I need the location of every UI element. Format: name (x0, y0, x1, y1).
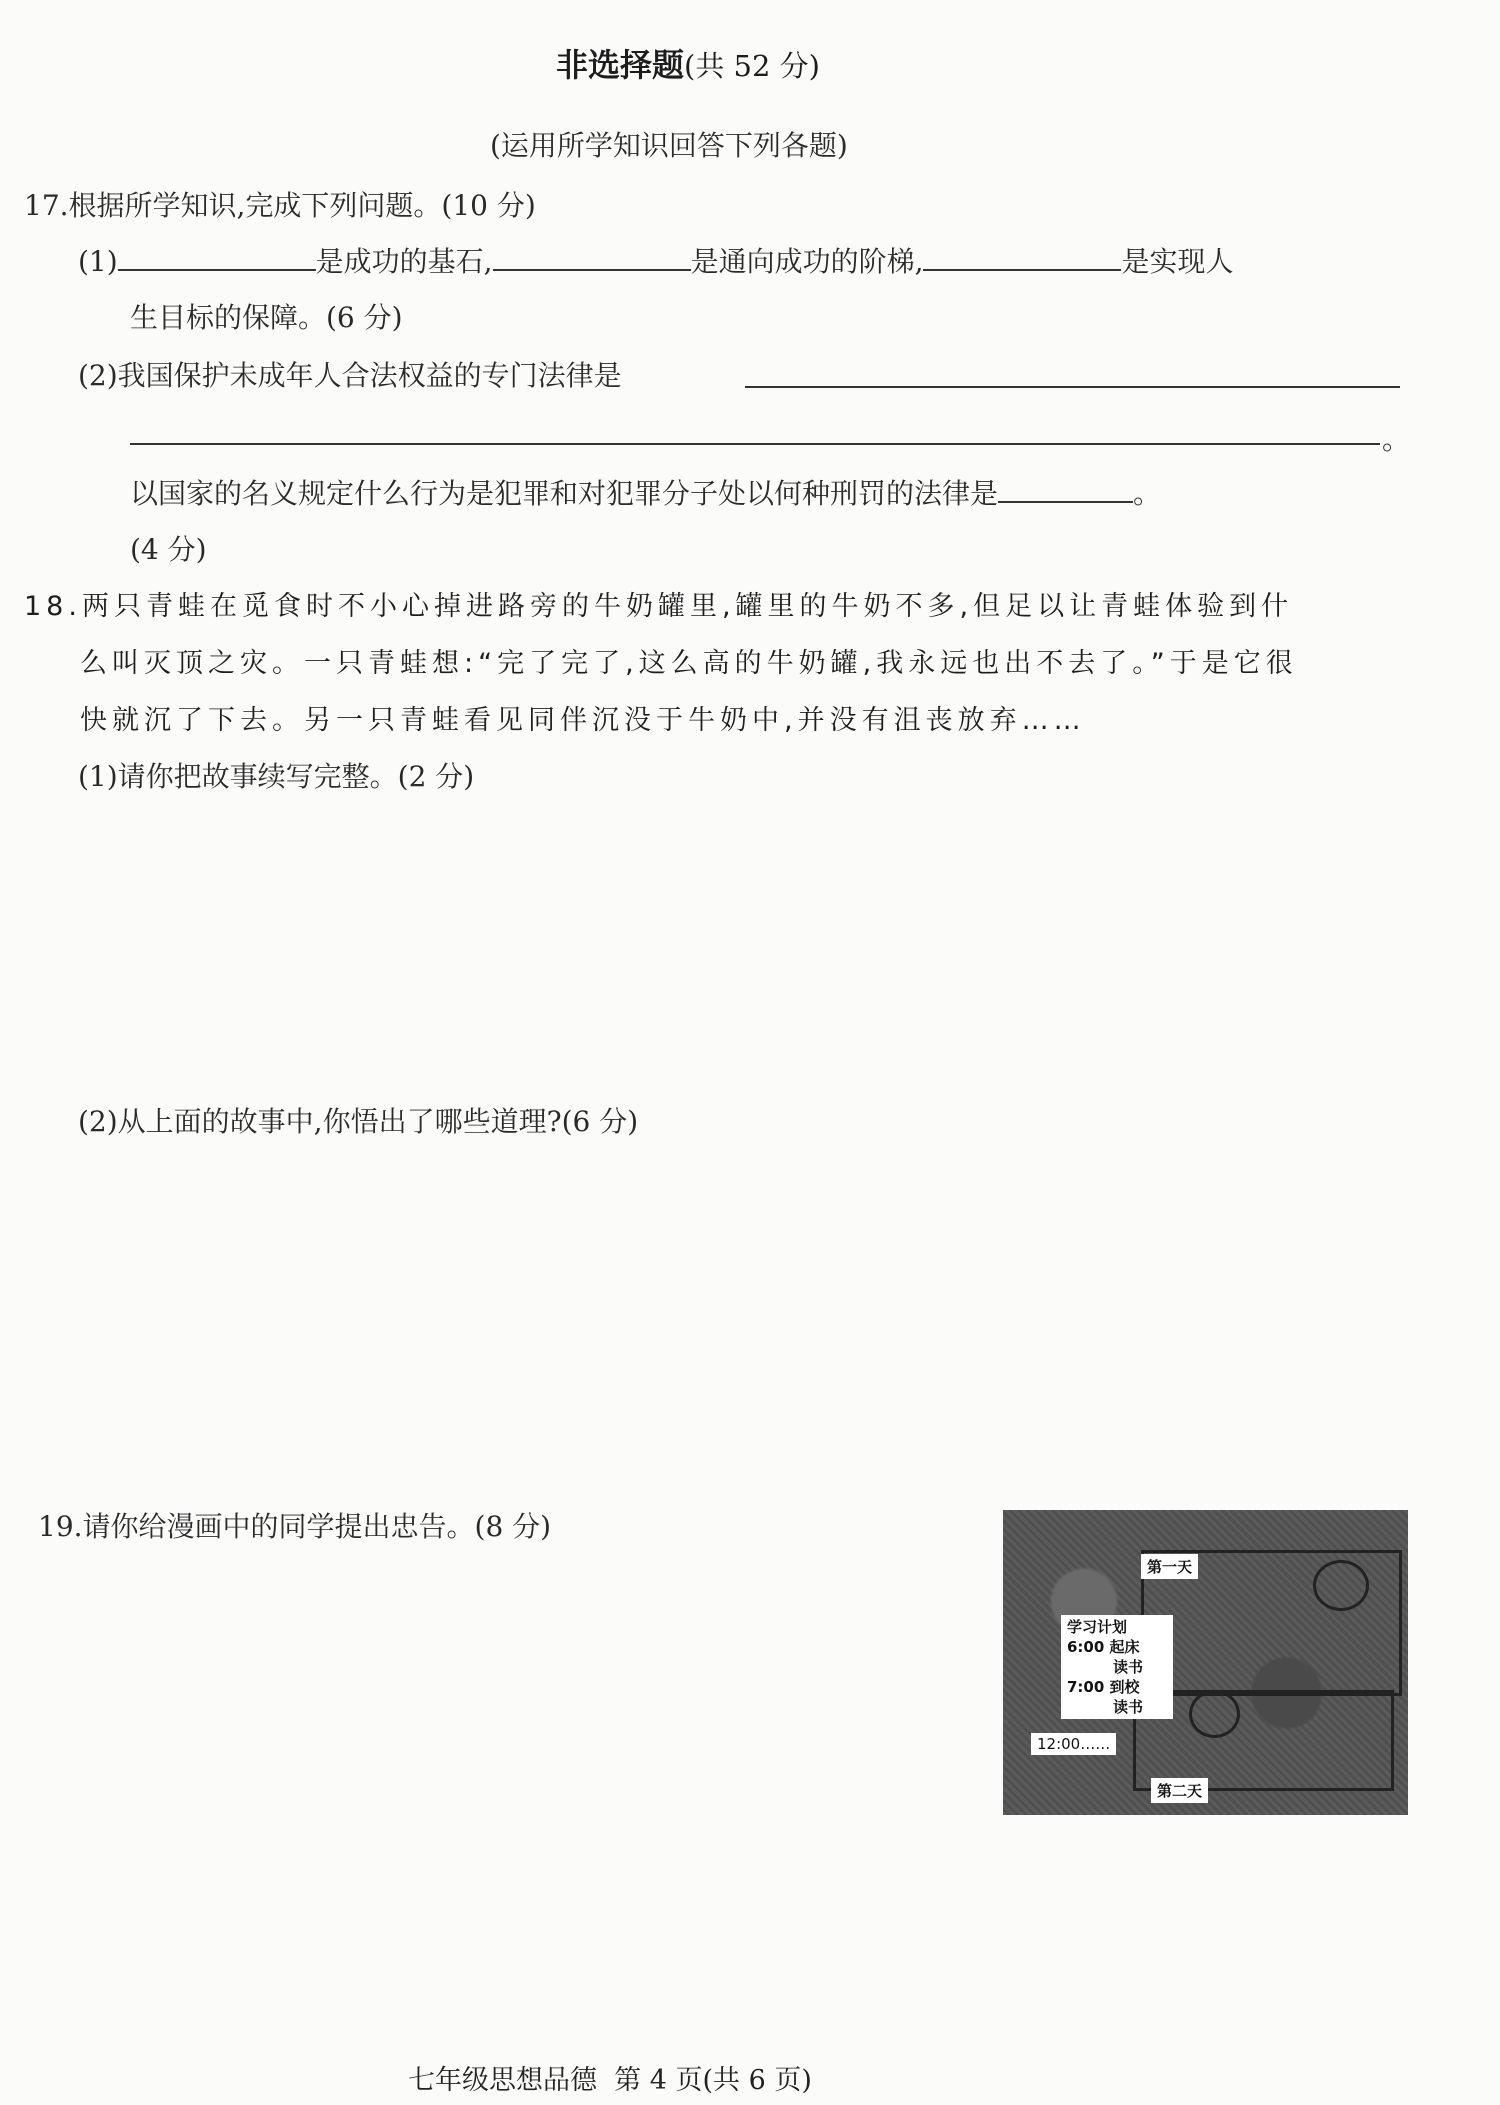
q17-part2-line3-end: 。 (1133, 477, 1161, 510)
cartoon-label-day1: 第一天 (1141, 1554, 1198, 1579)
q17-stem: 17.根据所学知识,完成下列问题。(10 分) (24, 184, 536, 224)
plan-line-1: 6:00 起床 (1067, 1637, 1167, 1657)
q18-part1: (1)请你把故事续写完整。(2 分) (78, 755, 474, 795)
footer-page-number: 第 4 页(共 6 页) (614, 2065, 812, 2096)
q17-part2-line3: 以国家的名义规定什么行为是犯罪和对犯罪分子处以何种刑罚的法律是。 (130, 472, 1161, 512)
q17-part2-points: (4 分) (130, 528, 207, 568)
answer-blank-4[interactable] (745, 386, 1400, 388)
q18-part2-answer-area[interactable] (78, 1145, 1398, 1495)
q18-part2: (2)从上面的故事中,你悟出了哪些道理?(6 分) (78, 1100, 638, 1140)
q17-part1-line2: 生目标的保障。(6 分) (130, 296, 403, 336)
q17-part2-line3-text: 以国家的名义规定什么行为是犯罪和对犯罪分子处以何种刑罚的法律是 (130, 477, 998, 510)
q17-part2-end-mark: 。 (1382, 418, 1410, 458)
cartoon-image: 第一天 学习计划 6:00 起床 读书 7:00 到校 读书 12:00…… 第… (1003, 1510, 1408, 1815)
q19-stem: 19.请你给漫画中的同学提出忠告。(8 分) (38, 1505, 551, 1545)
cartoon-study-plan: 学习计划 6:00 起床 读书 7:00 到校 读书 (1061, 1615, 1173, 1719)
cartoon-face-1 (1313, 1560, 1369, 1611)
page-footer: 七年级思想品德 第 4 页(共 6 页) (408, 2058, 812, 2097)
q18-story-line-2: 么叫灭顶之灾。一只青蛙想:“完了完了,这么高的牛奶罐,我永远也出不去了。”于是它… (80, 641, 1298, 680)
q18-part1-answer-area[interactable] (78, 800, 1398, 1100)
answer-blank-3[interactable] (923, 243, 1121, 271)
q18-story-line-1: 18.两只青蛙在觅食时不小心掉进路旁的牛奶罐里,罐里的牛奶不多,但足以让青蛙体验… (24, 584, 1293, 623)
plan-line-4: 读书 (1067, 1697, 1167, 1717)
q17-part1-seg3: 是实现人 (1121, 245, 1233, 278)
cartoon-face-2 (1189, 1690, 1240, 1738)
answer-blank-5[interactable] (130, 443, 1380, 445)
q19-answer-area[interactable] (38, 1555, 978, 1995)
answer-blank-6[interactable] (998, 475, 1133, 503)
plan-line-2: 读书 (1067, 1657, 1167, 1677)
section-title: 非选择题(共 52 分) (556, 40, 820, 86)
cartoon-label-day2: 第二天 (1151, 1778, 1208, 1803)
footer-subject: 七年级思想品德 (408, 2065, 597, 2096)
q17-part1-seg1: 是成功的基石, (316, 245, 493, 278)
q17-part1-line1: (1)是成功的基石,是通向成功的阶梯,是实现人 (78, 240, 1234, 280)
section-title-text: 非选择题 (556, 46, 684, 84)
answer-blank-2[interactable] (493, 243, 691, 271)
section-instruction: (运用所学知识回答下列各题) (490, 124, 848, 164)
plan-line-3: 7:00 到校 (1067, 1677, 1167, 1697)
cartoon-clock-label: 12:00…… (1031, 1733, 1116, 1755)
section-points: (共 52 分) (684, 49, 820, 83)
q17-part2-line1: (2)我国保护未成年人合法权益的专门法律是 (78, 354, 622, 394)
q17-part1-prefix: (1) (78, 245, 118, 278)
q17-part1-seg2: 是通向成功的阶梯, (691, 245, 924, 278)
q18-story-line-3: 快就沉了下去。另一只青蛙看见同伴沉没于牛奶中,并没有沮丧放弃…… (80, 698, 1086, 737)
plan-title: 学习计划 (1067, 1617, 1167, 1637)
answer-blank-1[interactable] (118, 243, 316, 271)
